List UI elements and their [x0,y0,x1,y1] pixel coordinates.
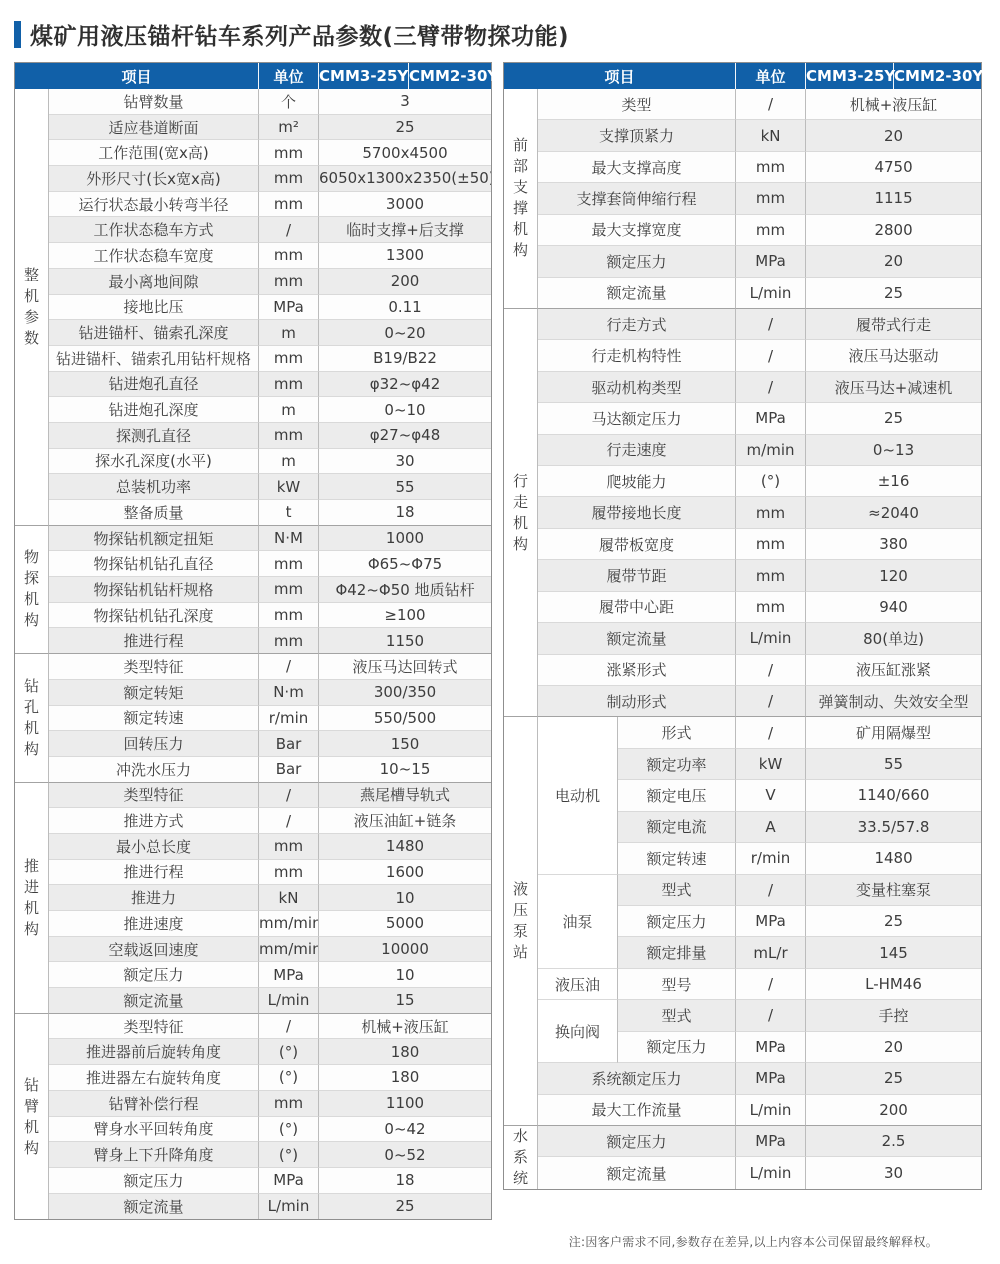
spec-item-label: 支撑套筒伸缩行程 [538,183,736,214]
spec-unit: t [259,500,319,526]
spec-item-label: 履带接地长度 [538,497,736,528]
spec-item-label: 爬坡能力 [538,466,736,497]
spec-item-label: 系统额定压力 [538,1063,736,1094]
spec-value: 55 [806,749,981,780]
spec-unit: mm [259,551,319,577]
header-model-cmm3-25y: CMM3-25Y [319,63,409,89]
sub-group-label: 油泵 [538,875,618,969]
spec-item-label: 行走方式 [538,309,736,340]
spec-value: φ32~φ42 [319,372,491,398]
spec-unit: L/min [736,278,806,309]
spec-unit: mm [259,269,319,295]
section-label-text: 钻臂机构 [24,1075,40,1159]
spec-unit: / [259,808,319,834]
footnote: 注:因客户需求不同,参数存在差异,以上内容本公司保留最终解释权。 [503,1233,980,1250]
section-label: 钻臂机构 [15,1014,49,1220]
spec-unit: mm [259,603,319,629]
spec-item-label: 冲洗水压力 [49,757,259,783]
spec-value: 20 [806,246,981,277]
spec-item-label: 钻进炮孔直径 [49,372,259,398]
spec-value: 25 [806,906,981,937]
spec-item-label: 马达额定压力 [538,403,736,434]
spec-unit: mm [259,243,319,269]
spec-item-label: 额定电压 [618,780,736,811]
spec-item-label: 支撑顶紧力 [538,120,736,151]
spec-unit: mm [259,346,319,372]
spec-unit: / [259,654,319,680]
spec-item-label: 额定转速 [618,843,736,874]
spec-item-label: 额定转矩 [49,680,259,706]
spec-value: 18 [319,1168,491,1194]
spec-value: 1115 [806,183,981,214]
spec-item-label: 探水孔深度(水平) [49,449,259,475]
sub-group-label: 液压油 [538,969,618,1000]
spec-value: 120 [806,560,981,591]
spec-item-label: 推进器前后旋转角度 [49,1039,259,1065]
spec-value: 25 [806,403,981,434]
header-model-cmm3-25y: CMM3-25Y [806,63,894,89]
spec-item-label: 额定流量 [49,988,259,1014]
spec-item-label: 物探钻机额定扭矩 [49,526,259,552]
spec-value: L-HM46 [806,969,981,1000]
spec-value: 0~20 [319,320,491,346]
spec-item-label: 行走机构特性 [538,340,736,371]
spec-value: 4750 [806,152,981,183]
spec-value: 3000 [319,192,491,218]
spec-unit: L/min [259,988,319,1014]
spec-unit: m [259,449,319,475]
spec-unit: m [259,397,319,423]
spec-item-label: 钻进锚杆、锚索孔深度 [49,320,259,346]
spec-unit: kW [259,474,319,500]
spec-item-label: 物探钻机钻孔深度 [49,603,259,629]
spec-item-label: 额定流量 [538,623,736,654]
section-label: 液压泵站 [504,717,538,1125]
section-label: 整机参数 [15,89,49,526]
spec-unit: V [736,780,806,811]
spec-unit: (°) [259,1065,319,1091]
section-label: 水系统 [504,1126,538,1189]
spec-value: 6050x1300x2350(±50) [319,166,491,192]
header-unit: 单位 [259,63,319,89]
spec-unit: kW [736,749,806,780]
spec-item-label: 额定压力 [618,906,736,937]
spec-value: 80(单边) [806,623,981,654]
spec-item-label: 额定压力 [49,962,259,988]
spec-value: ≈2040 [806,497,981,528]
spec-unit: / [736,372,806,403]
spec-unit: (°) [259,1117,319,1143]
spec-unit: / [736,1000,806,1031]
spec-item-label: 额定压力 [618,1032,736,1063]
spec-unit: mm [736,560,806,591]
spec-item-label: 型式 [618,875,736,906]
spec-unit: m [259,320,319,346]
section-label-text: 水系统 [513,1126,529,1189]
section-label-text: 行走机构 [513,471,529,555]
section-label: 物探机构 [15,526,49,654]
spec-item-label: 总装机功率 [49,474,259,500]
spec-unit: mm [259,577,319,603]
spec-item-label: 适应巷道断面 [49,115,259,141]
spec-unit: mm [259,192,319,218]
spec-item-label: 运行状态最小转弯半径 [49,192,259,218]
spec-unit: L/min [259,1194,319,1220]
spec-unit: Bar [259,757,319,783]
spec-value: 25 [806,1063,981,1094]
spec-unit: mm [736,529,806,560]
spec-unit: mL/r [736,937,806,968]
spec-value: 0~52 [319,1142,491,1168]
section-label-text: 前部支撑机构 [513,135,529,261]
section-label-text: 液压泵站 [513,879,529,963]
spec-item-label: 钻进炮孔深度 [49,397,259,423]
spec-value: 10000 [319,937,491,963]
header-unit: 单位 [736,63,806,89]
spec-item-label: 工作状态稳车方式 [49,217,259,243]
spec-unit: / [736,969,806,1000]
spec-unit: MPa [736,1032,806,1063]
spec-item-label: 钻进锚杆、锚索孔用钻杆规格 [49,346,259,372]
spec-value: 液压油缸+链条 [319,808,491,834]
spec-item-label: 额定压力 [49,1168,259,1194]
spec-item-label: 额定流量 [49,1194,259,1220]
spec-unit: mm/min [259,937,319,963]
spec-value: 5700x4500 [319,140,491,166]
section-label-text: 物探机构 [24,547,40,631]
spec-unit: L/min [736,1095,806,1126]
spec-unit: N·M [259,526,319,552]
section-label: 前部支撑机构 [504,89,538,309]
spec-value: 180 [319,1039,491,1065]
spec-value: ≥100 [319,603,491,629]
spec-unit: m/min [736,435,806,466]
spec-unit: N·m [259,680,319,706]
spec-value: B19/B22 [319,346,491,372]
spec-item-label: 接地比压 [49,295,259,321]
spec-value: 1000 [319,526,491,552]
spec-item-label: 类型特征 [49,1014,259,1040]
spec-value: 弹簧制动、失效安全型 [806,686,981,717]
spec-unit: mm [259,166,319,192]
spec-unit: mm [259,628,319,654]
spec-value: 145 [806,937,981,968]
spec-item-label: 额定转速 [49,706,259,732]
spec-item-label: 推进器左右旋转角度 [49,1065,259,1091]
spec-item-label: 最小离地间隙 [49,269,259,295]
spec-item-label: 类型 [538,89,736,120]
spec-value: 33.5/57.8 [806,812,981,843]
spec-item-label: 类型特征 [49,783,259,809]
spec-value: 940 [806,592,981,623]
spec-value: 300/350 [319,680,491,706]
spec-value: 0~10 [319,397,491,423]
spec-unit: mm [736,183,806,214]
page-title: 煤矿用液压锚杆钻车系列产品参数(三臂带物探功能) [30,18,569,51]
spec-unit: m² [259,115,319,141]
spec-value: 0~13 [806,435,981,466]
sub-group-label: 电动机 [538,717,618,874]
spec-item-label: 制动形式 [538,686,736,717]
spec-item-label: 额定排量 [618,937,736,968]
spec-item-label: 涨紧形式 [538,655,736,686]
spec-unit: MPa [259,1168,319,1194]
spec-value: 液压马达驱动 [806,340,981,371]
spec-value: ±16 [806,466,981,497]
spec-item-label: 履带中心距 [538,592,736,623]
spec-unit: mm [736,152,806,183]
spec-value: 25 [319,115,491,141]
page-header: 煤矿用液压锚杆钻车系列产品参数(三臂带物探功能) [14,18,569,51]
sub-group-label: 换向阀 [538,1000,618,1063]
spec-item-label: 整备质量 [49,500,259,526]
spec-value: 液压马达+减速机 [806,372,981,403]
spec-unit: mm [736,497,806,528]
spec-unit: MPa [736,1126,806,1158]
spec-unit: (°) [259,1142,319,1168]
spec-item-label: 类型特征 [49,654,259,680]
spec-value: 0~42 [319,1117,491,1143]
spec-unit: mm [259,372,319,398]
spec-value: 机械+液压缸 [319,1014,491,1040]
spec-unit: (°) [736,466,806,497]
spec-item-label: 外形尺寸(长x宽x高) [49,166,259,192]
spec-item-label: 最大工作流量 [538,1095,736,1126]
spec-item-label: 推进方式 [49,808,259,834]
spec-item-label: 额定流量 [538,1157,736,1189]
spec-unit: / [736,309,806,340]
spec-value: 180 [319,1065,491,1091]
header-model-cmm2-30y: CMM2-30Y [894,63,981,89]
spec-value: 1100 [319,1091,491,1117]
right-spec-table: 项目单位CMM3-25YCMM2-30Y前部支撑机构类型/机械+液压缸支撑顶紧力… [503,62,982,1190]
spec-unit: mm [736,592,806,623]
spec-item-label: 工作范围(宽x高) [49,140,259,166]
spec-value: 30 [319,449,491,475]
spec-unit: MPa [736,246,806,277]
spec-value: 30 [806,1157,981,1189]
spec-value: 25 [319,1194,491,1220]
spec-unit: mm [259,140,319,166]
spec-unit: / [259,217,319,243]
spec-item-label: 额定电流 [618,812,736,843]
spec-value: 550/500 [319,706,491,732]
section-label: 钻孔机构 [15,654,49,782]
spec-unit: kN [736,120,806,151]
spec-value: 10~15 [319,757,491,783]
spec-value: 2800 [806,215,981,246]
spec-unit: mm [259,860,319,886]
spec-value: 0.11 [319,295,491,321]
spec-item-label: 型号 [618,969,736,1000]
spec-unit: r/min [736,843,806,874]
spec-unit: L/min [736,623,806,654]
spec-value: 5000 [319,911,491,937]
spec-value: 25 [806,278,981,309]
spec-item-label: 臂身上下升降角度 [49,1142,259,1168]
spec-item-label: 物探钻机钻孔直径 [49,551,259,577]
spec-item-label: 形式 [618,717,736,748]
spec-unit: MPa [736,1063,806,1094]
spec-item-label: 探测孔直径 [49,423,259,449]
spec-value: φ27~φ48 [319,423,491,449]
spec-value: Φ65~Φ75 [319,551,491,577]
section-label-text: 整机参数 [24,265,40,349]
spec-value: 1480 [806,843,981,874]
spec-unit: MPa [259,962,319,988]
spec-unit: mm [259,834,319,860]
spec-item-label: 额定压力 [538,246,736,277]
spec-value: 1480 [319,834,491,860]
spec-value: 2.5 [806,1126,981,1158]
spec-unit: mm [259,423,319,449]
spec-unit: MPa [736,403,806,434]
spec-unit: / [736,340,806,371]
section-label: 行走机构 [504,309,538,717]
section-label-text: 推进机构 [24,856,40,940]
spec-value: 液压缸涨紧 [806,655,981,686]
header-item: 项目 [504,63,736,89]
spec-unit: / [736,717,806,748]
spec-value: 1140/660 [806,780,981,811]
spec-item-label: 最小总长度 [49,834,259,860]
section-label-text: 钻孔机构 [24,676,40,760]
spec-value: 机械+液压缸 [806,89,981,120]
spec-item-label: 行走速度 [538,435,736,466]
spec-value: 手控 [806,1000,981,1031]
spec-item-label: 推进行程 [49,860,259,886]
spec-unit: MPa [259,295,319,321]
spec-unit: MPa [736,906,806,937]
spec-value: 15 [319,988,491,1014]
spec-unit: L/min [736,1157,806,1189]
header-model-cmm2-30y: CMM2-30Y [409,63,491,89]
spec-item-label: 额定压力 [538,1126,736,1158]
spec-unit: (°) [259,1039,319,1065]
spec-unit: mm/min [259,911,319,937]
spec-value: 150 [319,731,491,757]
spec-value: 18 [319,500,491,526]
spec-item-label: 最大支撑高度 [538,152,736,183]
spec-unit: / [259,783,319,809]
spec-unit: / [736,89,806,120]
spec-item-label: 钻臂补偿行程 [49,1091,259,1117]
spec-value: 燕尾槽导轨式 [319,783,491,809]
spec-value: 变量柱塞泵 [806,875,981,906]
spec-item-label: 最大支撑宽度 [538,215,736,246]
spec-item-label: 额定流量 [538,278,736,309]
spec-item-label: 钻臂数量 [49,89,259,115]
spec-value: 200 [806,1095,981,1126]
spec-item-label: 型式 [618,1000,736,1031]
spec-value: 液压马达回转式 [319,654,491,680]
spec-value: 矿用隔爆型 [806,717,981,748]
spec-item-label: 工作状态稳车宽度 [49,243,259,269]
spec-item-label: 履带板宽度 [538,529,736,560]
spec-unit: / [736,875,806,906]
spec-unit: mm [259,1091,319,1117]
spec-item-label: 驱动机构类型 [538,372,736,403]
spec-unit: / [736,686,806,717]
spec-item-label: 回转压力 [49,731,259,757]
spec-item-label: 推进行程 [49,628,259,654]
spec-unit: Bar [259,731,319,757]
spec-value: 10 [319,885,491,911]
spec-unit: 个 [259,89,319,115]
section-label: 推进机构 [15,783,49,1014]
spec-value: 1300 [319,243,491,269]
spec-item-label: 推进速度 [49,911,259,937]
spec-value: 10 [319,962,491,988]
spec-item-label: 履带节距 [538,560,736,591]
spec-value: 1150 [319,628,491,654]
header-item: 项目 [15,63,259,89]
spec-value: 20 [806,1032,981,1063]
spec-value: 临时支撑+后支撑 [319,217,491,243]
title-accent-bar [14,21,21,48]
spec-value: 履带式行走 [806,309,981,340]
spec-value: 3 [319,89,491,115]
spec-value: 1600 [319,860,491,886]
spec-item-label: 推进力 [49,885,259,911]
spec-item-label: 臂身水平回转角度 [49,1117,259,1143]
spec-value: Φ42~Φ50 地质钻杆 [319,577,491,603]
spec-item-label: 物探钻机钻杆规格 [49,577,259,603]
spec-value: 55 [319,474,491,500]
spec-unit: A [736,812,806,843]
spec-item-label: 空载返回速度 [49,937,259,963]
spec-value: 20 [806,120,981,151]
left-spec-table: 项目单位CMM3-25YCMM2-30Y整机参数钻臂数量个3适应巷道断面m²25… [14,62,492,1220]
spec-unit: / [736,655,806,686]
spec-unit: kN [259,885,319,911]
spec-unit: r/min [259,706,319,732]
spec-value: 200 [319,269,491,295]
spec-unit: mm [736,215,806,246]
spec-item-label: 额定功率 [618,749,736,780]
spec-unit: / [259,1014,319,1040]
spec-value: 380 [806,529,981,560]
